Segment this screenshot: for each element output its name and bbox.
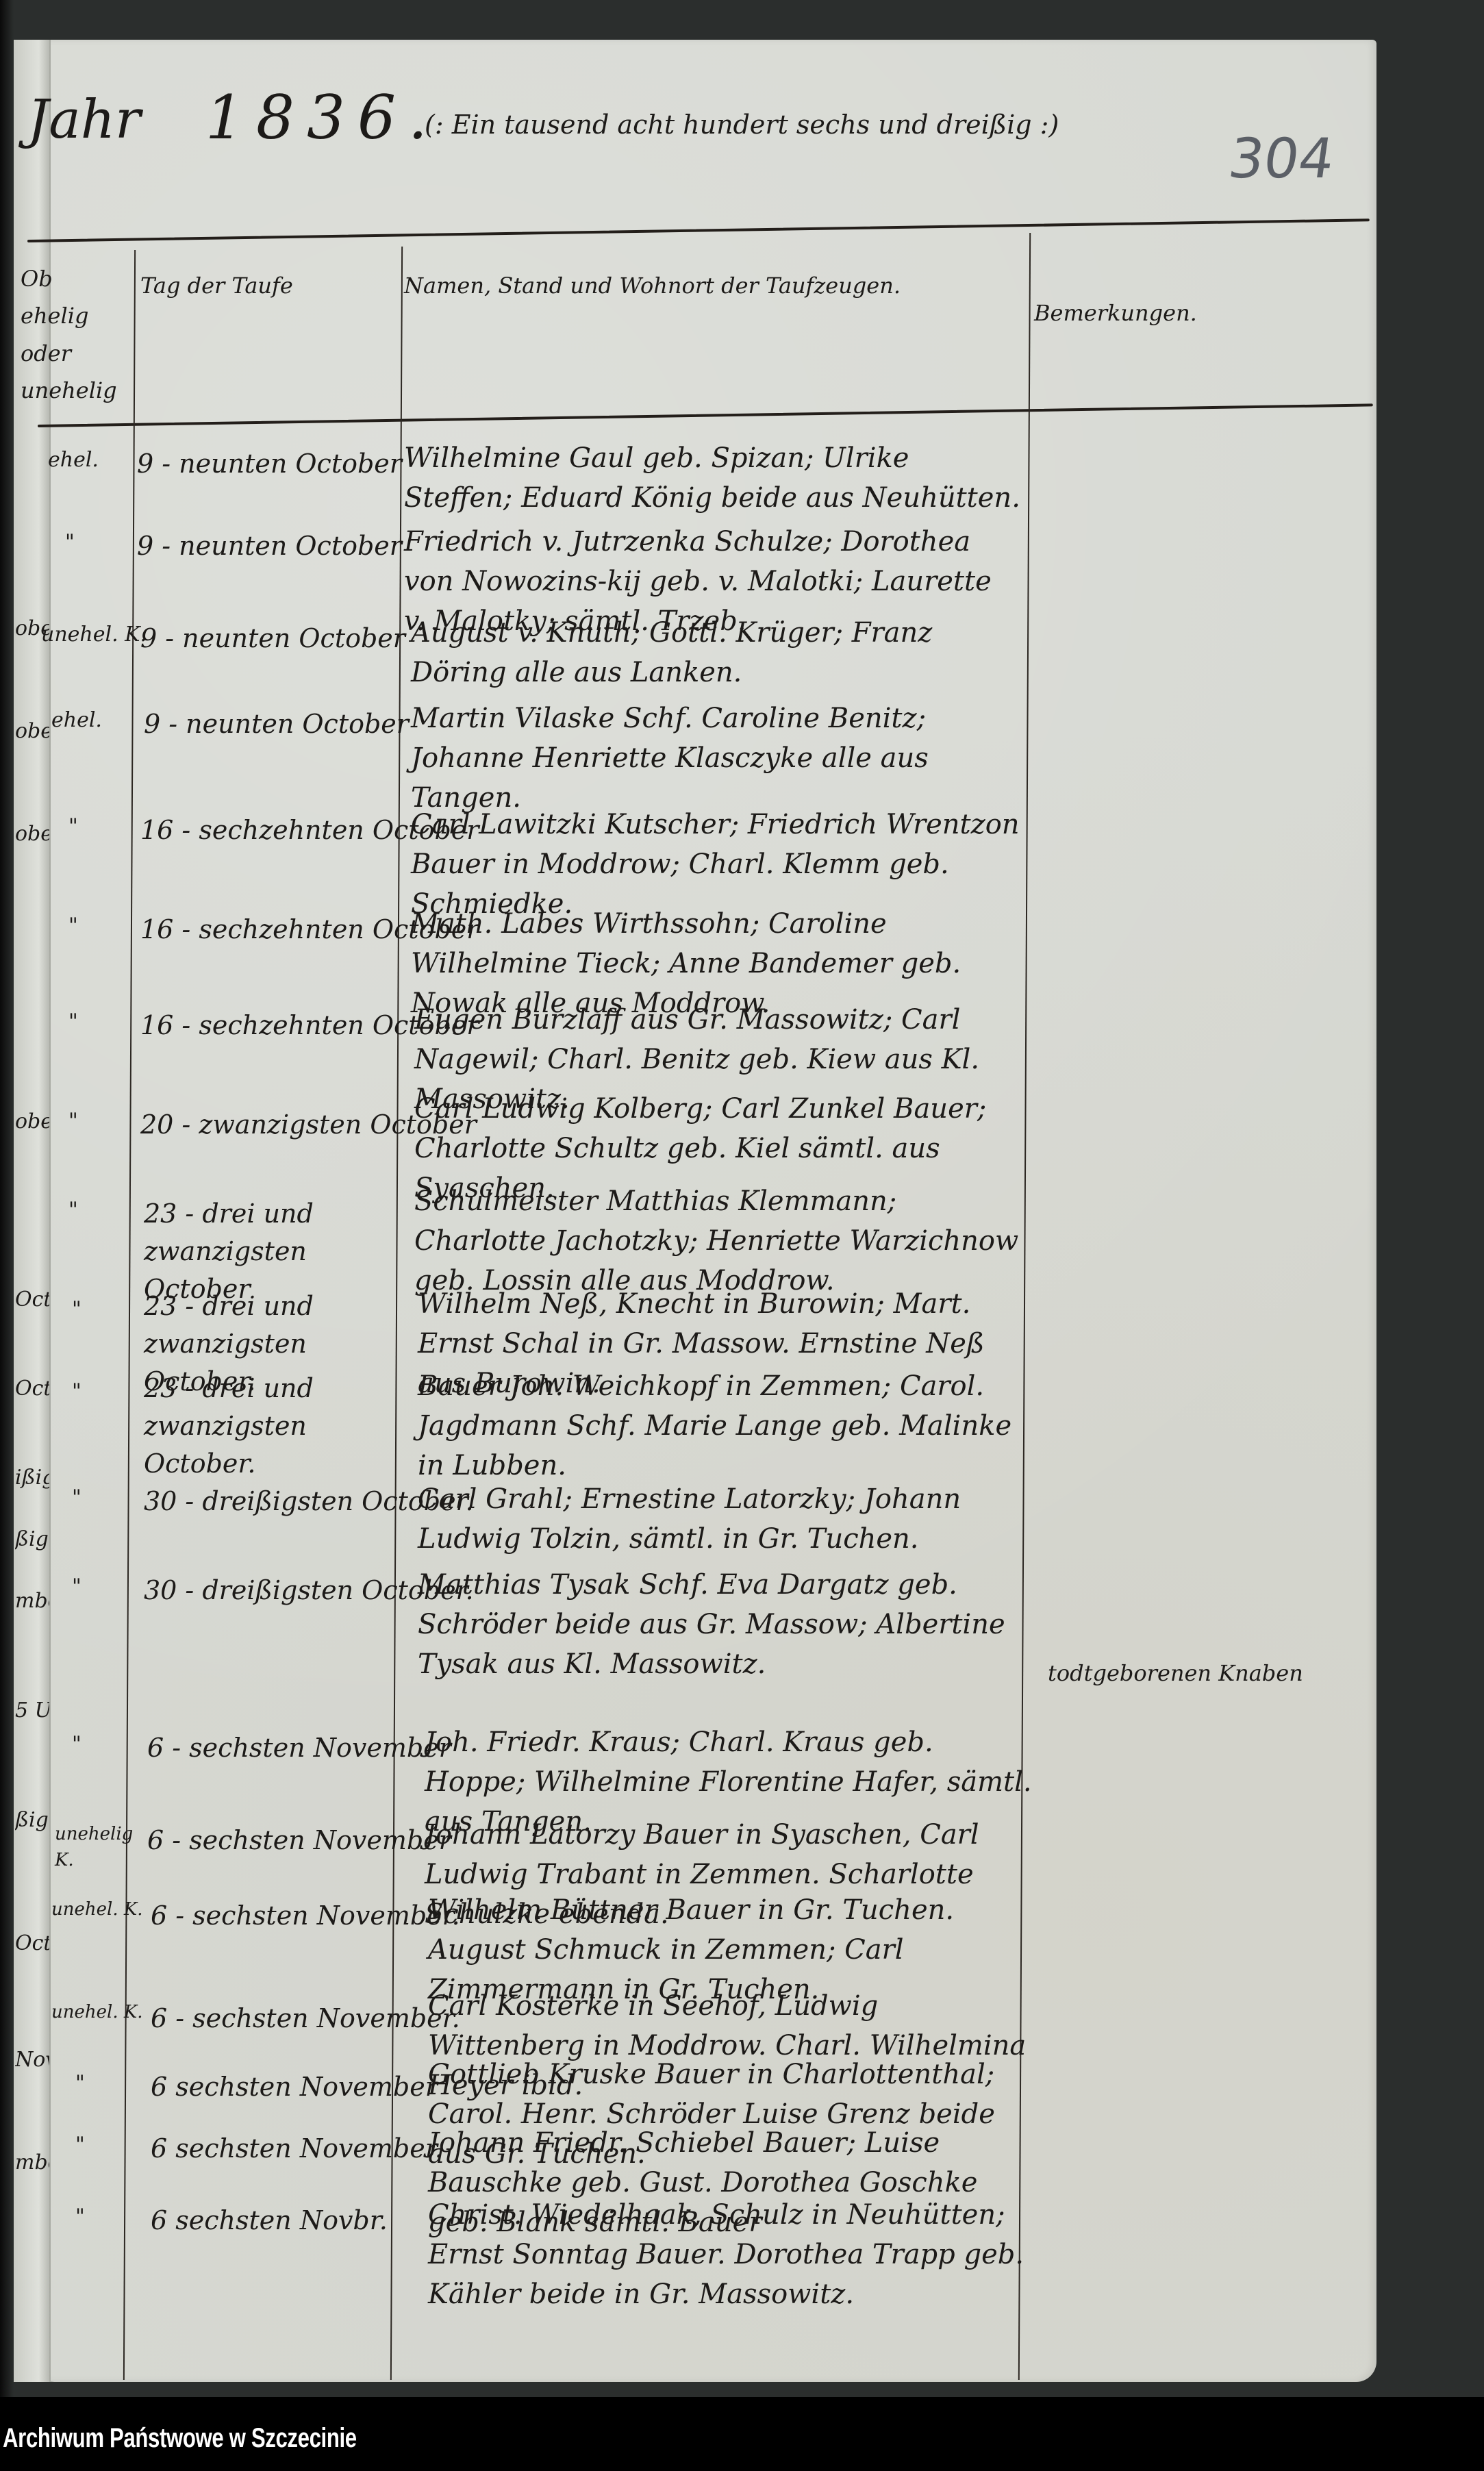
row-date: 6 sechsten Novbr.	[151, 2202, 388, 2240]
row-status: "	[68, 1007, 78, 1037]
binding-shadow	[0, 0, 14, 2397]
row-date: 9 - neunten October	[144, 705, 409, 743]
column-header-baptism-date: Tag der Taufe	[140, 267, 394, 304]
row-status: "	[68, 911, 78, 941]
margin-fragment: Octo	[15, 1931, 49, 1955]
row-date: 9 - neunten October	[137, 445, 402, 483]
row-date: 6 sechsten November	[151, 2068, 438, 2106]
row-date: 23 - drei und zwanzigsten October.	[144, 1370, 390, 1483]
year-label: Jahr	[27, 89, 140, 151]
row-date: 6 - sechsten November	[147, 1822, 451, 1859]
row-names: Wilhelmine Gaul geb. Spizan; Ulrike Stef…	[404, 438, 1020, 518]
margin-fragment: ißig	[15, 1466, 49, 1490]
margin-fragment: 5 Uhr	[15, 1698, 49, 1722]
row-date: 9 - neunten October	[140, 620, 405, 657]
row-status: "	[75, 2068, 85, 2098]
row-names: Christ. Wiedelhaak, Schulz in Neuhütten;…	[428, 2195, 1037, 2314]
row-status: unehel. K.	[51, 2000, 143, 2026]
row-status: "	[68, 812, 78, 842]
column-header-godparents: Namen, Stand und Wohnort der Taufzeugen.	[404, 267, 1007, 304]
year-number: 1836.	[205, 82, 440, 153]
row-status: unehel. K.	[41, 620, 147, 650]
row-names: Martin Vilaske Schf. Caroline Benitz; Jo…	[411, 699, 1020, 818]
year-in-words: (: Ein tausend acht hundert sechs und dr…	[425, 110, 1059, 140]
row-names: Bauer Joh. Weichkopf in Zemmen; Carol. J…	[418, 1366, 1027, 1485]
row-status: "	[75, 2202, 85, 2232]
row-date: 9 - neunten October	[137, 527, 402, 565]
row-status: "	[68, 1106, 78, 1136]
row-status: ehel.	[48, 445, 99, 475]
margin-fragment: Octobe	[15, 1288, 49, 1312]
row-names: Carl Grahl; Ernestine Latorzky; Johann L…	[418, 1479, 1027, 1559]
row-status: "	[72, 1294, 81, 1325]
row-status: "	[72, 1572, 81, 1602]
margin-fragment: ßig	[15, 1808, 49, 1832]
column-header-legitimacy: Ob ehelig oder unehelig	[21, 260, 123, 410]
archive-footer: Archiwum Państwowe w Szczecinie	[0, 2397, 1484, 2471]
column-header-remarks: Bemerkungen.	[1034, 294, 1240, 331]
archive-name: Archiwum Państwowe w Szczecinie	[3, 2423, 357, 2454]
row-names: August v. Knuth; Gottl. Krüger; Franz Dö…	[411, 613, 1014, 692]
row-status: unehelig K.	[55, 1822, 130, 1873]
row-status: "	[75, 2130, 85, 2160]
page-number: 304	[1224, 127, 1338, 190]
margin-fragment: Octobe	[15, 1377, 49, 1401]
row-names: Schulmeister Matthias Klemmann; Charlott…	[414, 1181, 1024, 1301]
row-status: "	[72, 1377, 81, 1407]
margin-fragment: mbe	[15, 2150, 49, 2174]
margin-fragment: ober	[15, 822, 49, 846]
row-status: "	[72, 1729, 81, 1759]
row-date: 6 sechsten November.	[151, 2130, 443, 2168]
row-status: "	[65, 527, 75, 557]
row-status: unehel. K.	[51, 1897, 143, 1923]
margin-fragment: Nove	[15, 2048, 49, 2072]
row-remark: todtgeborenen Knaben	[1048, 1657, 1303, 1689]
margin-fragment: ßig	[15, 1527, 49, 1551]
row-status: "	[72, 1483, 81, 1513]
margin-fragment: ober	[15, 719, 49, 743]
margin-fragment: mber	[15, 1589, 49, 1613]
row-date: 6 - sechsten November.	[151, 1897, 460, 1935]
row-names: Matthias Tysak Schf. Eva Dargatz geb. Sc…	[418, 1565, 1027, 1684]
margin-fragment: ober	[15, 1109, 49, 1133]
row-status: "	[68, 1195, 78, 1225]
row-status: ehel.	[51, 705, 102, 736]
row-date: 6 - sechsten November.	[151, 2000, 460, 2037]
row-date: 6 - sechsten November	[147, 1729, 451, 1767]
